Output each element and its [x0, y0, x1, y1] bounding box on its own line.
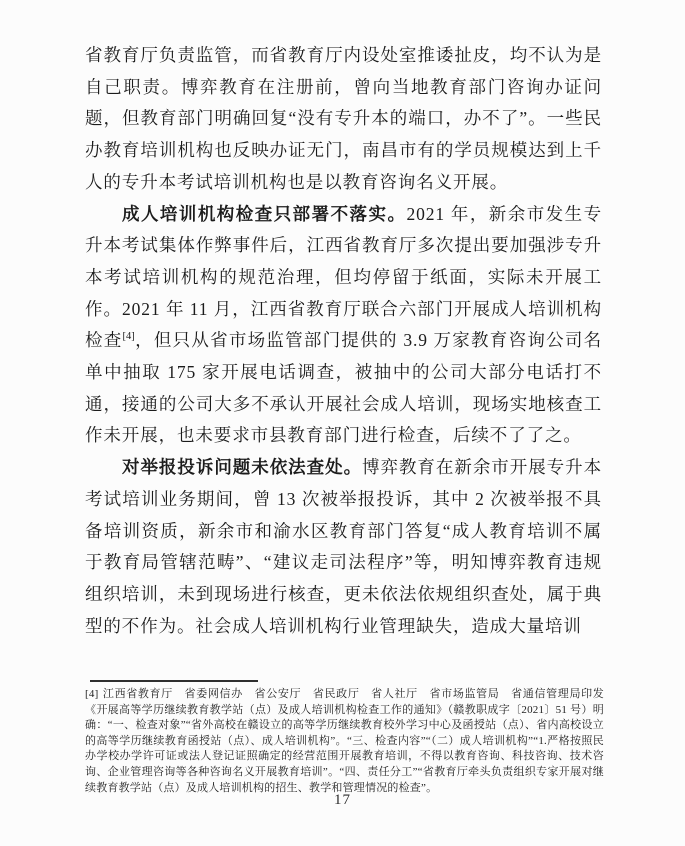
- document-page: 省教育厅负责监管，而省教育厅内设处室推诿扯皮，均不认为是自己职责。博弈教育在注册…: [0, 0, 685, 846]
- page-body: 省教育厅负责监管，而省教育厅内设处室推诿扯皮，均不认为是自己职责。博弈教育在注册…: [85, 40, 602, 642]
- paragraph-bold-heading: 成人培训机构检查只部署不落实。: [122, 204, 406, 224]
- footnote-text: 江西省教育厅 省委网信办 省公安厅 省民政厅 省人社厅 省市场监管局 省通信管理…: [85, 688, 604, 794]
- footnote-ref-4: [4]: [123, 332, 135, 343]
- paragraph-body-text: 2021 年，新余市发生专升本考试集体作弊事件后，江西省教育厅多次提出要加强涉专…: [85, 204, 602, 351]
- footnote: [4]江西省教育厅 省委网信办 省公安厅 省民政厅 省人社厅 省市场监管局 省通…: [85, 687, 604, 796]
- footnote-marker: [4]: [85, 688, 98, 700]
- paragraph-bold-heading: 对举报投诉问题未依法查处。: [122, 457, 362, 477]
- paragraph-body-text: 博弈教育在新余市开展专升本考试培训业务期间，曾 13 次被举报投诉，其中 2 次…: [85, 457, 602, 636]
- footnote-separator-rule: [90, 680, 258, 682]
- paragraph-body-text-continued: ，但只从省市场监管部门提供的 3.9 万家教育咨询公司名单中抽取 175 家开展…: [85, 330, 602, 445]
- paragraph-complaints-not-handled: 对举报投诉问题未依法查处。博弈教育在新余市开展专升本考试培训业务期间，曾 13 …: [85, 452, 602, 642]
- paragraph-regulation-buck-passing: 省教育厅负责监管，而省教育厅内设处室推诿扯皮，均不认为是自己职责。博弈教育在注册…: [85, 40, 602, 199]
- paragraph-inspection-not-implemented: 成人培训机构检查只部署不落实。2021 年，新余市发生专升本考试集体作弊事件后，…: [85, 199, 602, 453]
- page-number: 17: [0, 792, 685, 809]
